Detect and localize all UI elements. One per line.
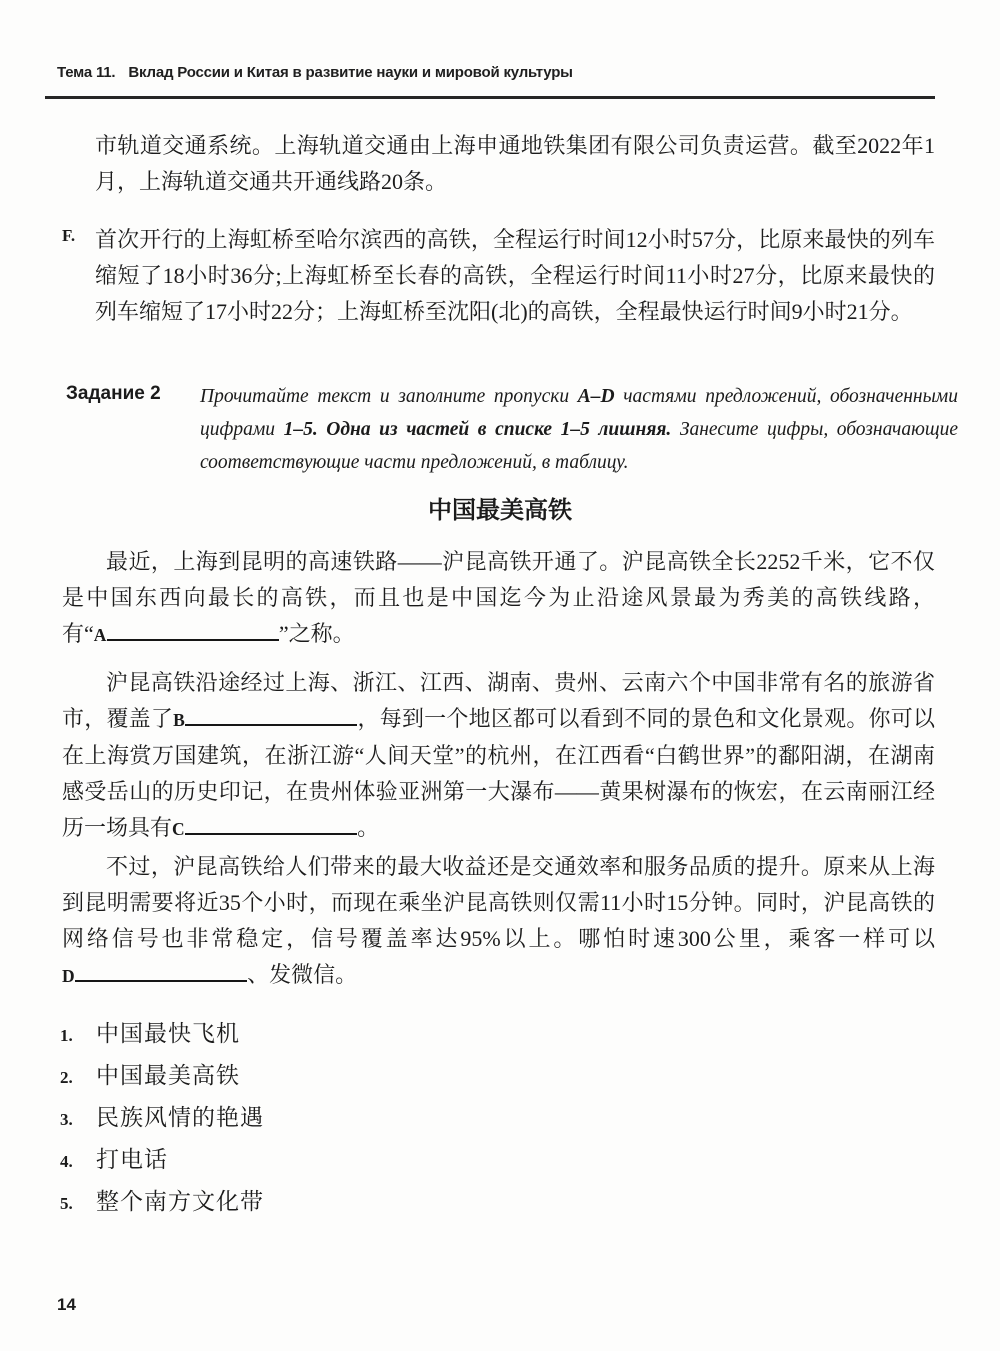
- article-paragraph-1: 最近，上海到昆明的高速铁路——沪昆高铁开通了。沪昆高铁全长2252千米，它不仅是…: [62, 544, 935, 653]
- paragraph-text: 不过，沪昆高铁给人们带来的最大收益还是交通效率和服务品质的提升。原来从上海到昆明…: [62, 854, 935, 951]
- instruction-segment-bold: 1–5.: [284, 419, 318, 440]
- fill-in-blank-b: B: [173, 706, 357, 731]
- list-item: 5. 整个南方文化带: [60, 1188, 935, 1217]
- item-f-text: 首次开行的上海虹桥至哈尔滨西的高铁，全程运行时间12小时57分，比原来最快的列车…: [95, 222, 935, 330]
- blank-underline: [185, 724, 357, 726]
- list-item: 2. 中国最美高铁: [60, 1062, 935, 1091]
- paragraph-text: 、发微信。: [247, 962, 357, 987]
- header-rule: [45, 96, 935, 99]
- list-item: 4. 打电话: [60, 1146, 935, 1175]
- article-title: 中国最美高铁: [0, 495, 1000, 528]
- option-number: 1.: [60, 1022, 96, 1049]
- list-item: 1. 中国最快飞机: [60, 1020, 935, 1049]
- theme-label: Тема 11.: [57, 64, 115, 81]
- option-number: 2.: [60, 1064, 96, 1091]
- article-paragraph-3: 不过，沪昆高铁给人们带来的最大收益还是交通效率和服务品质的提升。原来从上海到昆明…: [62, 849, 935, 994]
- fill-in-blank-a: A: [94, 621, 279, 646]
- option-text: 打电话: [96, 1146, 168, 1173]
- textbook-page: Тема 11.Вклад России и Китая в развитие …: [0, 0, 1000, 1351]
- theme-title: Вклад России и Китая в развитие науки и …: [128, 64, 572, 81]
- option-text: 中国最美高铁: [96, 1062, 240, 1089]
- options-list: 1. 中国最快飞机 2. 中国最美高铁 3. 民族风情的艳遇 4. 打电话 5.…: [60, 1020, 935, 1217]
- article-paragraph-2: 沪昆高铁沿途经过上海、浙江、江西、湖南、贵州、云南六个中国非常有名的旅游省市，覆…: [62, 665, 935, 847]
- blank-letter-c: C: [172, 819, 185, 839]
- page-number: 14: [57, 1295, 76, 1315]
- option-text: 中国最快飞机: [96, 1020, 240, 1047]
- paragraph-text: ”之称。: [279, 621, 355, 646]
- paragraph-text: 。: [357, 815, 379, 840]
- option-text: 民族风情的艳遇: [96, 1104, 264, 1131]
- option-number: 5.: [60, 1190, 96, 1217]
- blank-letter-b: B: [173, 710, 185, 730]
- blank-letter-a: A: [94, 625, 107, 645]
- instruction-segment: [318, 419, 327, 440]
- blank-underline: [75, 980, 247, 982]
- blank-letter-d: D: [62, 966, 75, 986]
- instruction-segment: Прочитайте текст и заполните пропуски: [200, 386, 578, 407]
- blank-underline: [107, 639, 279, 641]
- list-item-f: F. 首次开行的上海虹桥至哈尔滨西的高铁，全程运行时间12小时57分，比原来最快…: [0, 222, 1000, 330]
- intro-paragraph: 市轨道交通系统。上海轨道交通由上海申通地铁集团有限公司负责运营。截至2022年1…: [95, 128, 935, 200]
- blank-underline: [185, 833, 357, 835]
- option-text: 整个南方文化带: [96, 1188, 264, 1215]
- list-item: 3. 民族风情的艳遇: [60, 1104, 935, 1133]
- task-label: Задание 2: [66, 383, 161, 405]
- option-number: 3.: [60, 1106, 96, 1133]
- task-block: Задание 2 Прочитайте текст и заполните п…: [0, 380, 1000, 479]
- option-number: 4.: [60, 1148, 96, 1175]
- instruction-segment-bold: A–D: [578, 386, 615, 407]
- task-instructions: Прочитайте текст и заполните пропуски A–…: [200, 380, 958, 479]
- fill-in-blank-c: C: [172, 815, 357, 840]
- item-f-label: F.: [62, 226, 75, 246]
- running-header: Тема 11.Вклад России и Китая в развитие …: [57, 64, 960, 81]
- fill-in-blank-d: D: [62, 962, 247, 987]
- instruction-segment-bold: Одна из частей в списке 1–5 лишняя.: [326, 419, 671, 440]
